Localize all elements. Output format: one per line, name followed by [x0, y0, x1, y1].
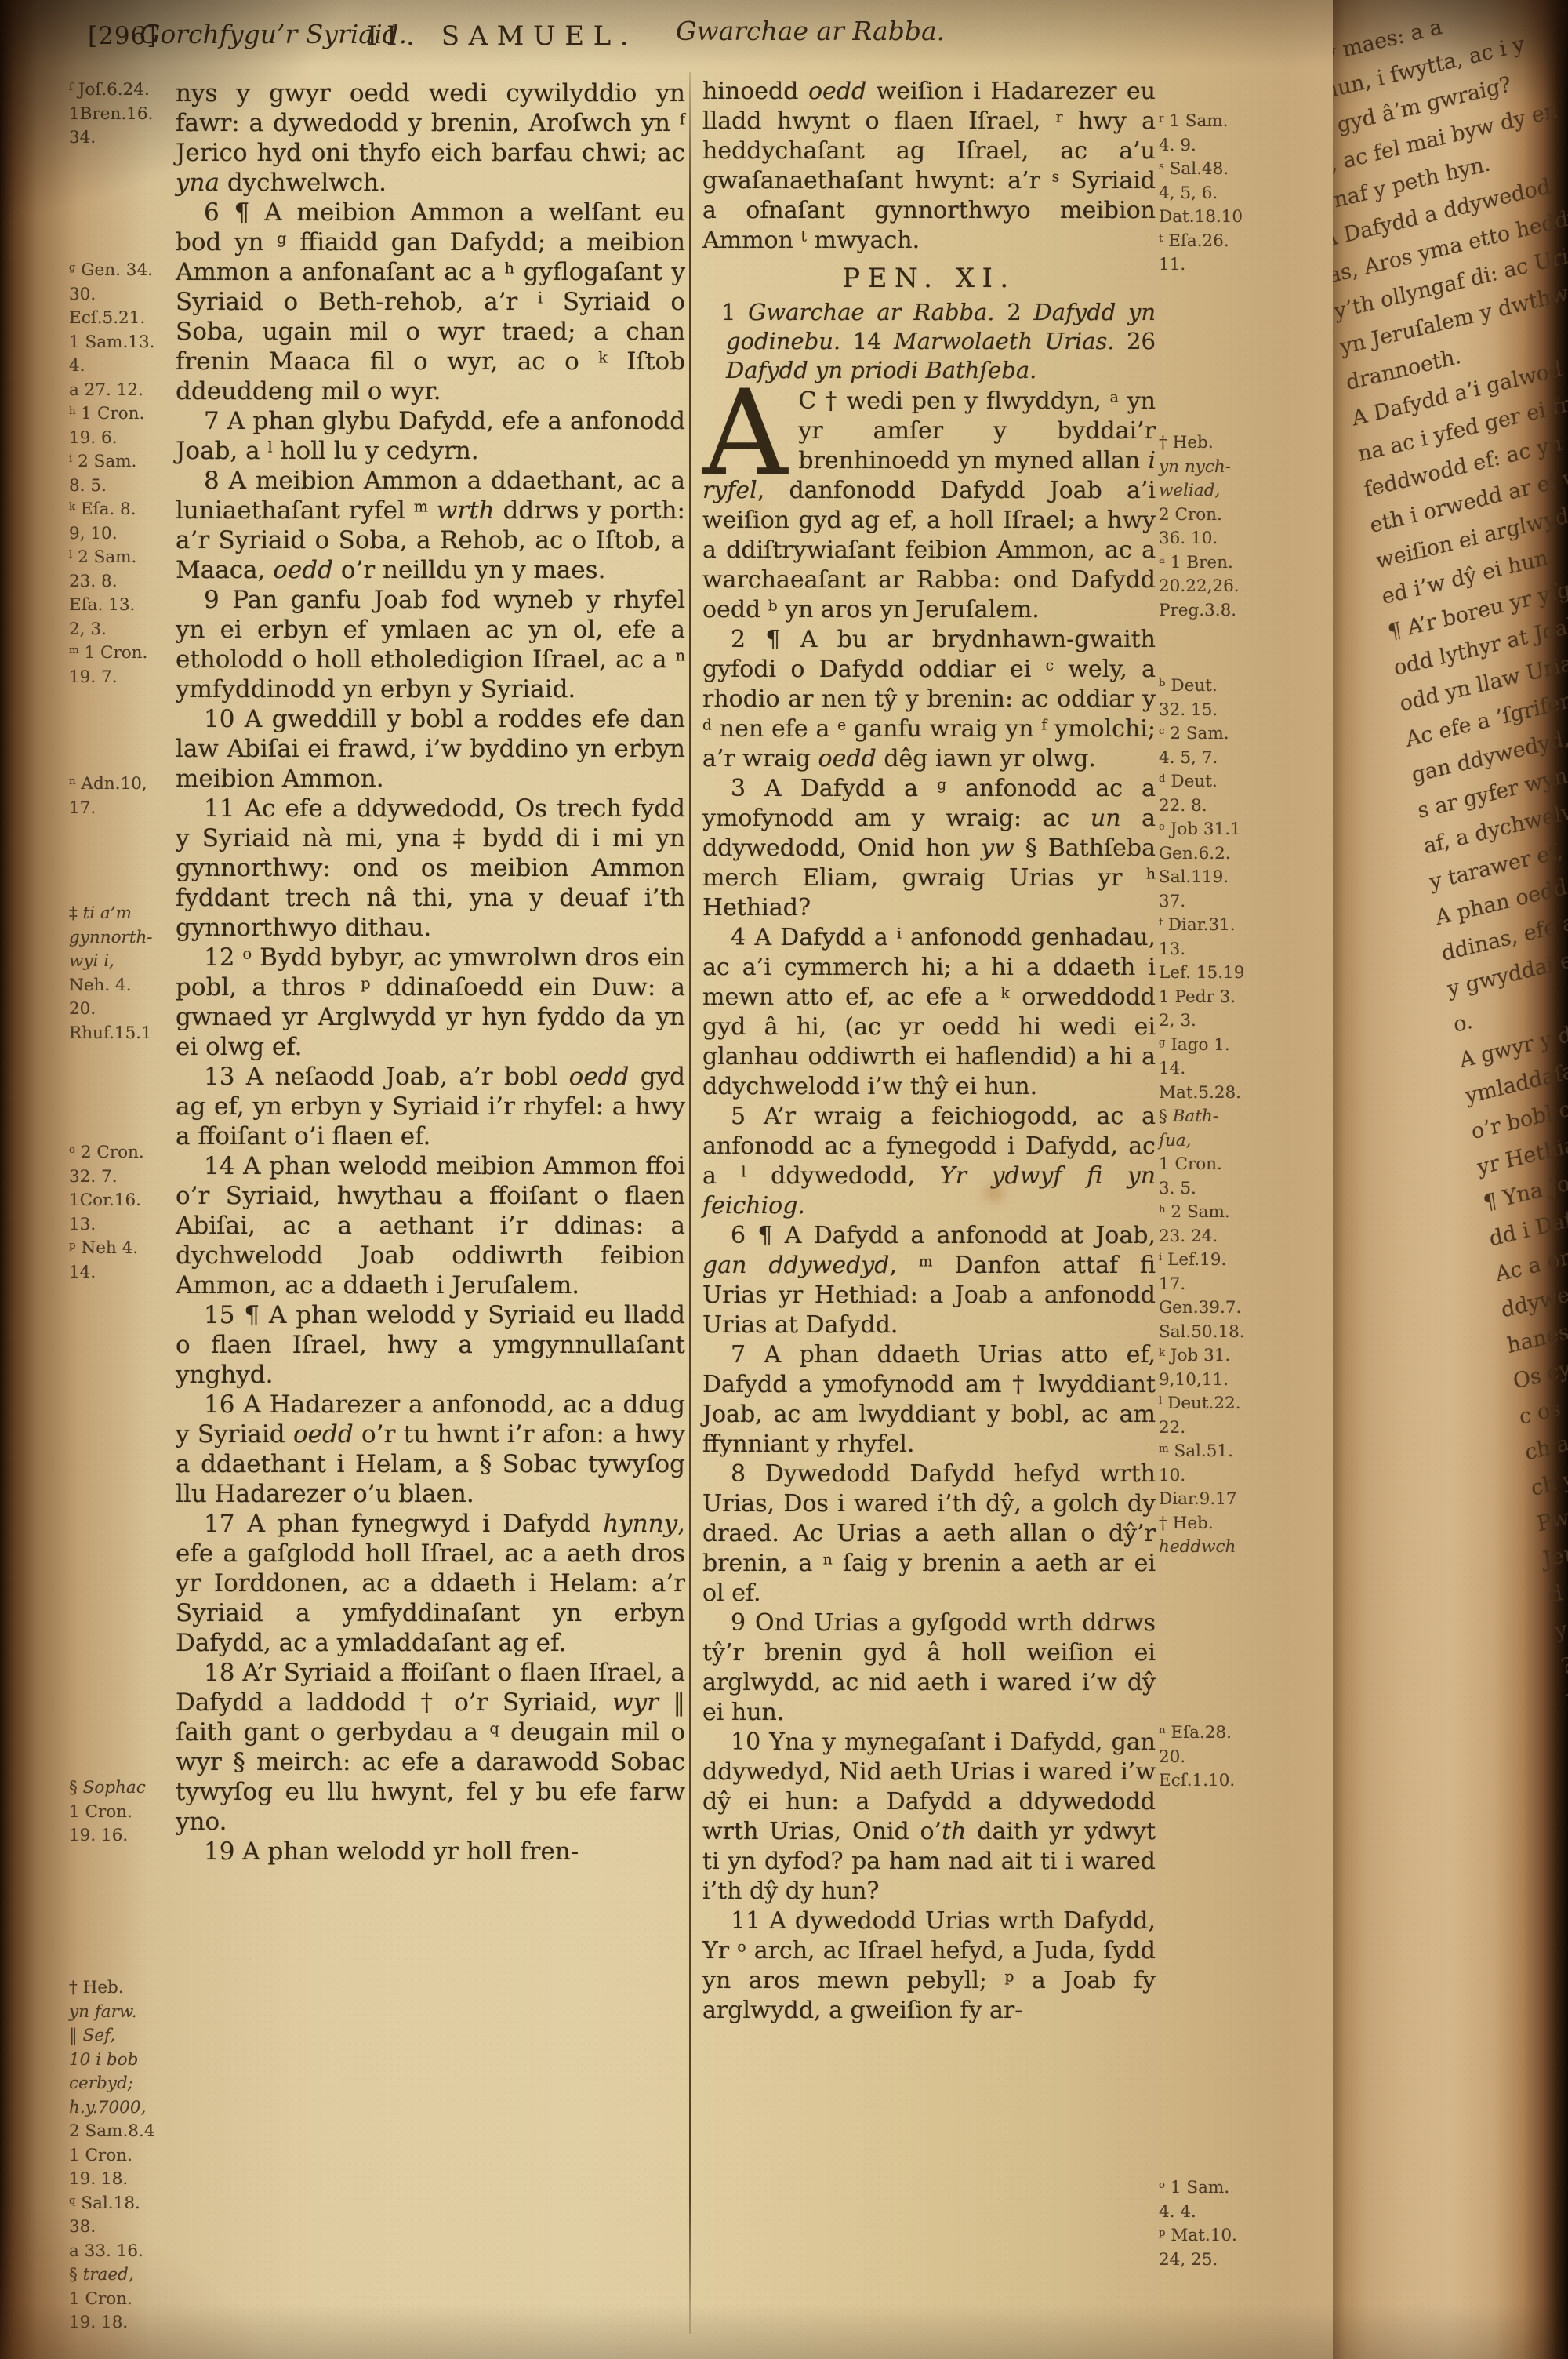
verse-paragraph: 5 A’r wraig a feichiogodd, ac a anfonodd…: [702, 1102, 1156, 1221]
column-divider-rule: [689, 72, 691, 2334]
verse-paragraph: 10 Yna y mynegaſant i Dafydd, gan ddywed…: [702, 1728, 1156, 1906]
right-margin-notes: r 1 Sam. 4. 9. s Sal.48. 4, 5, 6. Dat.18…: [1159, 0, 1308, 2359]
verse-paragraph: 16 A Hadarezer a anfonodd, ac a ddug y S…: [176, 1390, 685, 1509]
margin-note: r 1 Sam. 4. 9. s Sal.48. 4, 5, 6. Dat.18…: [1159, 110, 1308, 278]
running-head-right: Gwarchae ar Rabba.: [676, 16, 945, 46]
book-title: II. SAMUEL.: [367, 20, 637, 52]
verse-paragraph: 18 A’r Syriaid a ffoiſant o flaen Iſrael…: [176, 1658, 685, 1837]
margin-note: ‡ ti a’m gynnorth- wyi i, Neh. 4. 20. Rh…: [69, 902, 172, 1045]
verse-paragraph: nys y gwyr oedd wedi cywilyddio yn fawr:…: [176, 78, 685, 198]
verse-paragraph: 8 A meibion Ammon a ddaethant, ac a luni…: [176, 466, 685, 585]
verse-paragraph: 7 A phan glybu Dafydd, efe a anfonodd Jo…: [176, 406, 685, 466]
verse-paragraph: 10 A gweddill y bobl a roddes efe dan la…: [176, 704, 685, 794]
verse-paragraph: 6 ¶ A meibion Ammon a welſant eu bod yn …: [176, 198, 685, 406]
margin-note: † Heb. yn farw. ‖ Sef, 10 i bob cerbyd; …: [69, 1976, 172, 2335]
verse-paragraph: 7 A phan ddaeth Urias atto ef, Dafydd a …: [702, 1340, 1156, 1459]
verse-paragraph: 6 ¶ A Dafydd a anfonodd at Joab, gan ddy…: [702, 1221, 1156, 1340]
verse-paragraph: 3 A Dafydd a g anfonodd ac a ymofynodd a…: [702, 774, 1156, 923]
verse-paragraph: 9 Pan ganfu Joab fod wyneb y rhyfel yn e…: [176, 585, 685, 704]
margin-note: g Gen. 34. 30. Ecſ.5.21. 1 Sam.13. 4. a …: [69, 259, 172, 689]
next-page-text-fragments: eb y maes: a aſy hun, i fwytta, ac i ydd…: [1333, 0, 1568, 2328]
verse-paragraph: 8 Dywedodd Dafydd hefyd wrth Urias, Dos …: [702, 1459, 1156, 1608]
verse-paragraph: 11 Ac efe a ddywedodd, Os trech fydd y S…: [176, 794, 685, 943]
verse-paragraph: 17 A phan fynegwyd i Dafydd hynny, efe a…: [176, 1509, 685, 1658]
verse-paragraph: 13 A neſaodd Joab, a’r bobl oedd gyd ag …: [176, 1062, 685, 1151]
verse-paragraph: 12 o Bydd bybyr, ac ymwrolwn dros ein po…: [176, 943, 685, 1062]
verse-paragraph: 2 ¶ A bu ar brydnhawn-gwaith gyfodi o Da…: [702, 625, 1156, 774]
verse-paragraph: 19 A phan welodd yr holl fren-: [176, 1837, 685, 1866]
verse-paragraph: AC † wedi pen y flwyddyn, a yn yr amſer …: [702, 387, 1156, 625]
margin-note: † Heb. yn nych- weliad, 2 Cron. 36. 10. …: [1159, 431, 1308, 623]
margin-note: § Sophac 1 Cron. 19. 16.: [69, 1776, 172, 1848]
margin-note: f Joſ.6.24. 1Bren.16. 34.: [69, 78, 172, 151]
verse-paragraph: 14 A phan welodd meibion Ammon ffoi o’r …: [176, 1151, 685, 1300]
margin-note: n Adn.10, 17.: [69, 772, 172, 820]
margin-note: b Deut. 32. 15. c 2 Sam. 4. 5, 7. d Deut…: [1159, 674, 1308, 1560]
verse-paragraph: 15 ¶ A phan welodd y Syriaid eu lladd o …: [176, 1300, 685, 1390]
margin-note: o 1 Sam. 4. 4. p Mat.10. 24, 25.: [1159, 2176, 1308, 2272]
left-margin-notes: f Joſ.6.24. 1Bren.16. 34.g Gen. 34. 30. …: [69, 0, 172, 2359]
verse-paragraph: hinoedd oedd weiſion i Hadarezer eu llad…: [702, 77, 1156, 256]
scanned-bible-page: [296] Gorchfygu’r Syriaid. II. SAMUEL. G…: [0, 0, 1568, 2359]
drop-cap-initial: A: [702, 387, 798, 476]
verse-paragraph: 4 A Dafydd a i anfonodd genhadau, ac a’i…: [702, 923, 1156, 1102]
right-text-column: hinoedd oedd weiſion i Hadarezer eu llad…: [702, 77, 1156, 2026]
verse-paragraph: 11 A dywedodd Urias wrth Dafydd, Yr o ar…: [702, 1906, 1156, 2026]
page-curl: eb y maes: a aſy hun, i fwytta, ac i ydd…: [1333, 0, 1568, 2359]
chapter-argument: 1 Gwarchae ar Rabba. 2 Dafydd yn godineb…: [702, 298, 1156, 385]
left-text-column: nys y gwyr oedd wedi cywilyddio yn fawr:…: [176, 78, 685, 1866]
verse-paragraph: 9 Ond Urias a gyſgodd wrth ddrws tŷ’r br…: [702, 1608, 1156, 1728]
chapter-heading: PEN. XI.: [702, 264, 1156, 293]
margin-note: o 2 Cron. 32. 7. 1Cor.16. 13. p Neh 4. 1…: [69, 1141, 172, 1285]
margin-note: n Eſa.28. 20. Ecſ.1.10.: [1159, 1721, 1308, 1794]
